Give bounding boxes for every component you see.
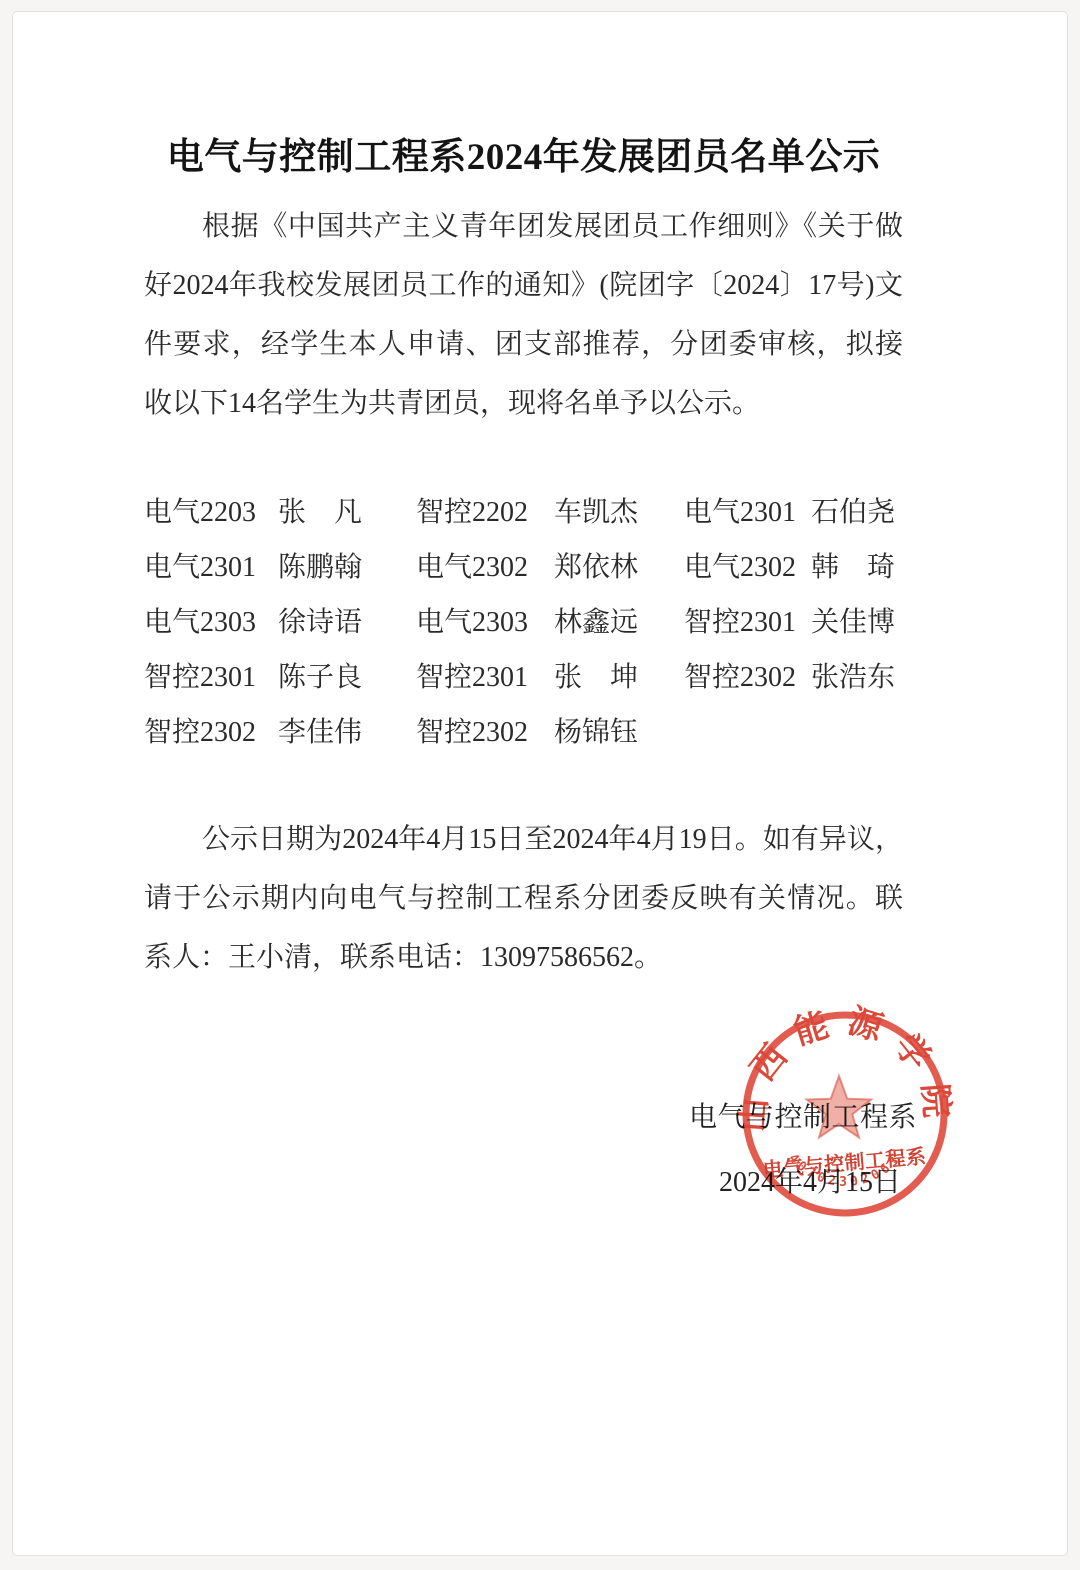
roster-row: 智控2302 李佳伟 智控2302 杨锦钰 <box>144 705 903 760</box>
roster-name-cell: 张 坤 <box>554 650 684 705</box>
roster-name-cell: 陈子良 <box>278 650 416 705</box>
roster-row: 电气2301 陈鹏翰 电气2302 郑依林 电气2302 韩 琦 <box>144 540 903 595</box>
paragraph-line: 好2024年我校发展团员工作的通知》(院团字〔2024〕17号)文 <box>144 256 903 315</box>
roster-name-cell: 郑依林 <box>554 540 684 595</box>
paragraph-line: 公示日期为2024年4月15日至2024年4月19日。如有异议， <box>144 810 903 869</box>
roster-name-cell: 张浩东 <box>811 650 903 705</box>
roster-name-cell: 陈鹏翰 <box>278 540 416 595</box>
seal-star-icon <box>807 1076 872 1138</box>
roster-name-cell: 李佳伟 <box>278 705 416 760</box>
roster-class-cell: 电气2302 <box>684 540 811 595</box>
roster-name-cell: 林鑫远 <box>554 595 684 650</box>
page-title: 电气与控制工程系2024年发展团员名单公示 <box>144 133 903 183</box>
roster-name-cell: 杨锦钰 <box>554 705 684 760</box>
roster-class-cell: 智控2302 <box>684 650 811 705</box>
roster-name-cell: 石伯尧 <box>811 485 903 540</box>
scanned-document-canvas: 电气与控制工程系2024年发展团员名单公示 根据《中国共产主义青年团发展团员工作… <box>0 0 1080 1570</box>
roster-class-cell: 智控2301 <box>416 650 554 705</box>
roster-class-cell: 电气2302 <box>416 540 554 595</box>
roster-class-cell: 智控2301 <box>144 650 278 705</box>
official-seal: 山西能源学院 电气与控制工程系 40702302063 <box>735 1004 955 1224</box>
roster-name-cell: 车凯杰 <box>554 485 684 540</box>
roster-class-cell: 智控2202 <box>416 485 554 540</box>
notice-paragraph: 公示日期为2024年4月15日至2024年4月19日。如有异议， 请于公示期内向… <box>144 810 903 987</box>
roster-class-cell: 电气2203 <box>144 485 278 540</box>
roster-class-cell: 电气2303 <box>416 595 554 650</box>
roster-class-cell: 智控2302 <box>144 705 278 760</box>
paragraph-line: 收以下14名学生为共青团员，现将名单予以公示。 <box>144 374 903 433</box>
roster-name-cell <box>811 705 903 760</box>
roster-class-cell: 电气2301 <box>684 485 811 540</box>
roster-class-cell <box>684 705 811 760</box>
paragraph-line: 请于公示期内向电气与控制工程系分团委反映有关情况。联 <box>144 869 903 928</box>
roster-class-cell: 电气2303 <box>144 595 278 650</box>
roster-name-cell: 关佳博 <box>811 595 903 650</box>
member-roster: 电气2203 张 凡 智控2202 车凯杰 电气2301 石伯尧 电气2301 … <box>144 485 903 760</box>
roster-row: 电气2303 徐诗语 电气2303 林鑫远 智控2301 关佳博 <box>144 595 903 650</box>
paragraph-line: 根据《中国共产主义青年团发展团员工作细则》《关于做 <box>144 197 903 256</box>
announcement-page: 电气与控制工程系2024年发展团员名单公示 根据《中国共产主义青年团发展团员工作… <box>12 11 1068 1556</box>
roster-name-cell: 韩 琦 <box>811 540 903 595</box>
roster-class-cell: 电气2301 <box>144 540 278 595</box>
roster-row: 电气2203 张 凡 智控2202 车凯杰 电气2301 石伯尧 <box>144 485 903 540</box>
roster-name-cell: 徐诗语 <box>278 595 416 650</box>
paragraph-line: 件要求，经学生本人申请、团支部推荐，分团委审核，拟接 <box>144 315 903 374</box>
roster-class-cell: 智控2302 <box>416 705 554 760</box>
roster-class-cell: 智控2301 <box>684 595 811 650</box>
intro-paragraph: 根据《中国共产主义青年团发展团员工作细则》《关于做 好2024年我校发展团员工作… <box>144 197 903 433</box>
roster-name-cell: 张 凡 <box>278 485 416 540</box>
roster-row: 智控2301 陈子良 智控2301 张 坤 智控2302 张浩东 <box>144 650 903 705</box>
paragraph-line: 系人：王小清，联系电话：13097586562。 <box>144 928 903 987</box>
